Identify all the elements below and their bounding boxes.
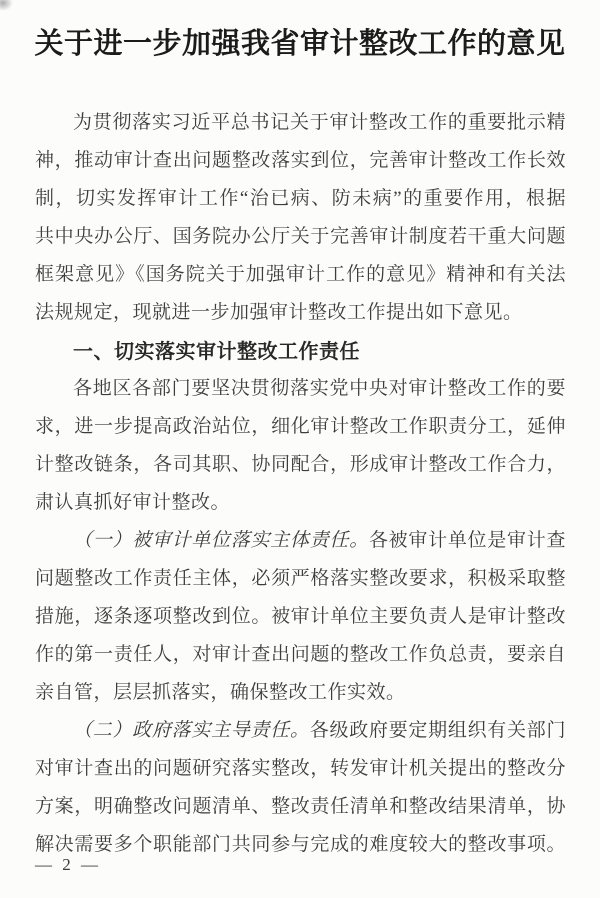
- doc-line: 求，进一步提高政治站位，细化审计整改工作职责分工，延伸审: [35, 408, 566, 446]
- doc-line: 亲自管，层层抓落实，确保整改工作实效。: [35, 674, 566, 712]
- doc-line: 解决需要多个职能部门共同参与完成的难度较大的整改事项。各: [35, 826, 566, 864]
- doc-line: 措施，逐条逐项整改到位。被审计单位主要负责人是审计整改工: [35, 598, 566, 636]
- doc-line: 为贯彻落实习近平总书记关于审计整改工作的重要批示精: [35, 104, 566, 142]
- doc-line: 共中央办公厅、国务院办公厅关于完善审计制度若干重大问题的: [35, 218, 566, 256]
- document-page: 关于进一步加强我省审计整改工作的意见 为贯彻落实习近平总书记关于审计整改工作的重…: [0, 0, 600, 898]
- doc-line: 法规规定，现就进一步加强审计整改工作提出如下意见。: [35, 294, 566, 332]
- document-body: 为贯彻落实习近平总书记关于审计整改工作的重要批示精 神，推动审计查出问题整改落实…: [35, 104, 566, 864]
- subsection-lead: （二）政府落实主导责任。: [73, 720, 310, 741]
- scan-smudge: [0, 0, 13, 11]
- document-title: 关于进一步加强我省审计整改工作的意见: [0, 21, 600, 62]
- doc-line: 框架意见》《国务院关于加强审计工作的意见》精神和有关法律: [35, 256, 566, 294]
- doc-line: （二）政府落实主导责任。各级政府要定期组织有关部门针: [35, 712, 566, 750]
- doc-line: （一）被审计单位落实主体责任。各被审计单位是审计查出: [35, 522, 566, 560]
- subsection-lead: （一）被审计单位落实主体责任。: [73, 530, 369, 551]
- doc-line: 作的第一责任人，对审计查出问题的整改工作负总责，要亲自抓、: [35, 636, 566, 674]
- section-heading: 一、切实落实审计整改工作责任: [35, 332, 566, 370]
- doc-line: 计整改链条，各司其职、协同配合，形成审计整改工作合力，严: [35, 446, 566, 484]
- doc-line: 制，切实发挥审计工作“治已病、防未病”的重要作用，根据《中: [35, 180, 566, 218]
- doc-line: 各地区各部门要坚决贯彻落实党中央对审计整改工作的要: [35, 370, 566, 408]
- doc-line: 问题整改工作责任主体，必须严格落实整改要求，积极采取整改: [35, 560, 566, 598]
- doc-line: 对审计查出的问题研究落实整改，转发审计机关提出的整改分工: [35, 750, 566, 788]
- doc-line: 神，推动审计查出问题整改落实到位，完善审计整改工作长效机: [35, 142, 566, 180]
- page-number: — 2 —: [35, 853, 101, 877]
- doc-line: 肃认真抓好审计整改。: [35, 484, 566, 522]
- doc-line: 方案，明确整改问题清单、整改责任清单和整改结果清单，协调: [35, 788, 566, 826]
